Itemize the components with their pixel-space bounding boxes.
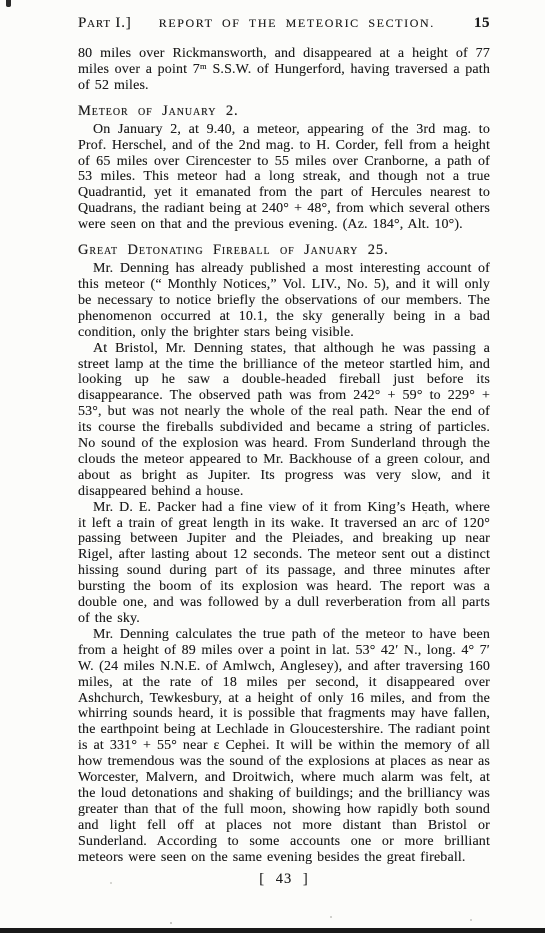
scan-edge-bar <box>0 928 545 933</box>
part-label: Part I.] <box>78 15 132 32</box>
paragraph-continuation: 80 miles over Rickmansworth, and disappe… <box>78 46 490 94</box>
section-heading-meteor-january-2: Meteor of January 2. <box>78 103 490 119</box>
paragraph-packer-observation: Mr. D. E. Packer had a fine view of it f… <box>78 500 490 627</box>
paragraph-denning-account: Mr. Denning has already published a most… <box>78 261 490 341</box>
paragraph-true-path-calculation: Mr. Denning calculates the true path of … <box>78 627 490 866</box>
sheet-signature: [ 43 ] <box>78 871 490 888</box>
page-number: 15 <box>474 15 490 32</box>
scanned-page: Part I.] REPORT OF THE METEORIC SECTION.… <box>0 0 545 933</box>
paragraph-meteor-january-2: On January 2, at 9.40, a meteor, appeari… <box>78 122 490 233</box>
running-title: REPORT OF THE METEORIC SECTION. <box>159 16 435 31</box>
running-header: Part I.] REPORT OF THE METEORIC SECTION.… <box>78 15 490 32</box>
scan-noise-specks <box>170 922 172 924</box>
scan-corner-artifact <box>6 0 11 7</box>
paragraph-bristol-observation: At Bristol, Mr. Denning states, that alt… <box>78 341 490 500</box>
section-heading-fireball-january-25: Great Detonating Fireball of January 25. <box>78 242 490 258</box>
text-block: Part I.] REPORT OF THE METEORIC SECTION.… <box>78 15 490 888</box>
